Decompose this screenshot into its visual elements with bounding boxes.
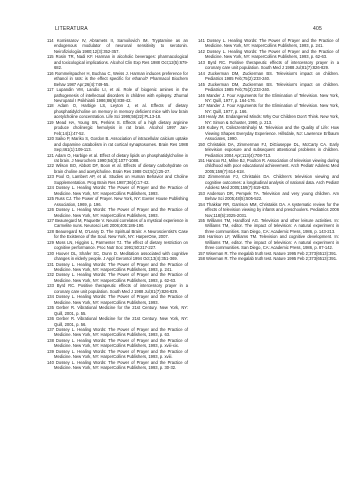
running-title: LITERATURA (55, 26, 88, 32)
references-body: 114 Komissarov IV, Abramets II, Samoilov… (47, 38, 339, 438)
reference-entry: 137 Dossey L. Healing Words: The Power o… (47, 327, 188, 338)
reference-entry: 150 Christakis DA, Zimmerman FJ, DiGiuse… (198, 142, 339, 158)
reference-entry: 123 Pool O, Lambert AP, et al. Studies o… (47, 174, 188, 185)
reference-entry: 139 Dossey L. Healing Words: The Power o… (47, 349, 188, 360)
reference-entry: 142 Dossey L. Healing Words: The Power o… (198, 49, 339, 60)
reference-entry: 125 Russ CJ. The Power of Prayer. New Yo… (47, 196, 188, 207)
reference-entry: 118 Adam O, Harbige LS, Leyton J, et al.… (47, 103, 188, 119)
reference-entry: 143 Byrd RC. Positive therapeutic effect… (198, 60, 339, 71)
reference-entry: 132 Dossey L. Healing Words: The Power o… (47, 272, 188, 283)
reference-entry: 149 Kubey R, Csikszentmihalyi M. Televis… (198, 125, 339, 141)
reference-entry: 141 Dossey L. Healing Words: The Power o… (198, 38, 339, 49)
reference-entry: 128 Beauregard M, O'Leary D. The Spiritu… (47, 229, 188, 240)
reference-entry: 114 Komissarov IV, Abramets II, Samoilov… (47, 38, 188, 54)
reference-entry: 154 Thakkar RR, Garrison MM, Christakis … (198, 202, 339, 218)
page-number: 405 (313, 26, 322, 32)
reference-entry: 156 Harrison LF, Williams TM. Television… (198, 234, 339, 250)
right-column: 141 Dossey L. Healing Words: The Power o… (198, 38, 339, 438)
reference-entry: 158 Wiseman R. The megalab truth test. N… (198, 256, 339, 261)
reference-entry: 131 Dossey L. Healing Words: The Power o… (47, 262, 188, 273)
reference-entry: 153 Anderson DR, Pempek TA. Television a… (198, 191, 339, 202)
reference-entry: 115 Rosin TR, Nadi KF. Harman in alcohol… (47, 54, 188, 70)
reference-entry: 145 Zuckerman DM, Zuckerman BS. Televisi… (198, 82, 339, 93)
reference-entry: 124 Dossey L. Healing Words: The Power o… (47, 185, 188, 196)
reference-entry: 144 Zuckerman DM, Zuckerman BS. Televisi… (198, 71, 339, 82)
reference-entry: 135 Gerber R. Vibrational Medicine for t… (47, 305, 188, 316)
reference-entry: 121 Adam O, Harbige et al. Effect of die… (47, 153, 188, 164)
reference-entry: 119 Mead HA, Young SN, Perkins S. Effect… (47, 120, 188, 136)
reference-entry: 151 Hancox RJ, Milne BJ, Poulton R. Asso… (198, 158, 339, 174)
reference-entry: 126 Dossey L. Healing Words: The Power o… (47, 207, 188, 218)
reference-entry: 140 Dossey L. Healing Words: The Power o… (47, 360, 188, 371)
reference-entry: 133 Byrd RC. Positive therapeutic effect… (47, 283, 188, 294)
reference-entry: 147 Mander J. Four Arguments for the Eli… (198, 103, 339, 114)
reference-entry: 146 Mander J. Four Arguments for the Eli… (198, 93, 339, 104)
reference-entry: 148 Healy JM. Endangered Minds: Why Our … (198, 114, 339, 125)
reference-entry: 127 Beauregard M, Paquette V. Neural cor… (47, 218, 188, 229)
left-column: 114 Komissarov IV, Abramets II, Samoilov… (47, 38, 188, 438)
page-header: LITERATURA 405 (55, 26, 322, 36)
reference-entry: 116 Rommelspacher H, Buchau C, Weiss J. … (47, 71, 188, 87)
reference-entry: 122 Wilson BO, Abbott DF, Boon et al. Ef… (47, 163, 188, 174)
reference-entry: 136 Gerber R. Vibrational Medicine for t… (47, 316, 188, 327)
reference-entry: 129 Moss LN, Higgins L, Parmenter TJ. Th… (47, 240, 188, 251)
reference-entry: 130 Hoover DL, Shafer SC, Dunn D. Medita… (47, 251, 188, 262)
reference-entry: 152 Zimmerman FJ, Christakis DA. Childre… (198, 174, 339, 190)
reference-entry: 155 Williams TM, Handford AG. Television… (198, 218, 339, 234)
reference-entry: 117 Lupandin VM, Landio LI, et al. Role … (47, 87, 188, 103)
reference-entry: 138 Dossey L. Healing Words: The Power o… (47, 338, 188, 349)
reference-entry: 120 Saiko P, Mariko S, Gordon B. Associa… (47, 136, 188, 152)
reference-entry: 134 Dossey L. Healing Words: The Power o… (47, 294, 188, 305)
